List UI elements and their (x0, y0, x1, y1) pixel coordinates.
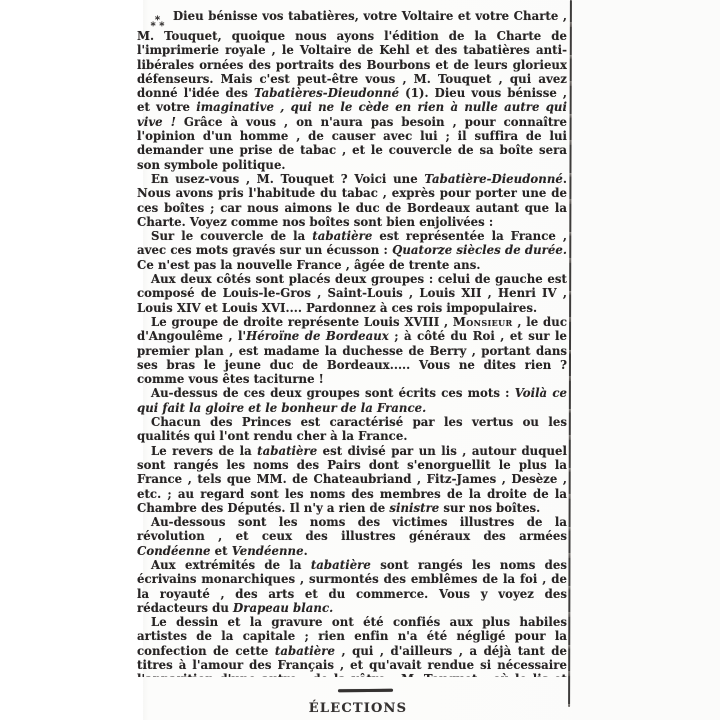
text-segment: Aux extrémités de la (151, 558, 311, 572)
article-paragraph: Le groupe de droite représente Louis XVI… (137, 315, 567, 386)
text-segment: Quatorze siècles de durée. (392, 243, 567, 257)
article-paragraph: Au-dessus de ces deux groupes sont écrit… (137, 386, 567, 415)
text-segment: et (211, 544, 232, 558)
text-segment: tabatière (311, 558, 371, 572)
text-segment: Le revers de la (151, 444, 257, 458)
article-paragraph: Le revers de la tabatière est divisé par… (137, 444, 567, 515)
text-segment: Tabatière-Dieudonné (424, 172, 562, 186)
text-segment: Tabatières-Dieudonné (254, 86, 399, 100)
asterism-icon: ** * (149, 18, 166, 29)
text-segment: Condéenne (137, 544, 211, 558)
article-paragraph: ** *Dieu bénisse vos tabatières, votre V… (137, 9, 567, 172)
text-segment: Au-dessous sont les noms des victimes il… (137, 515, 567, 543)
text-segment: Chacun des Princes est caractérisé par l… (137, 415, 567, 443)
section-heading: ÉLECTIONS (137, 701, 571, 716)
text-segment: . (304, 544, 308, 558)
text-segment: Héroïne de Bordeaux (246, 329, 389, 343)
text-segment: sur nos boîtes. (439, 501, 540, 515)
text-segment: Aux deux côtés sont placés deux groupes … (137, 272, 567, 315)
article-paragraph: Le dessin et la gravure ont été confiés … (137, 615, 567, 677)
article-paragraph: Chacun des Princes est caractérisé par l… (137, 415, 567, 444)
text-segment: Drapeau blanc. (233, 601, 333, 615)
text-segment: tabatière (275, 644, 335, 658)
text-segment: En usez-vous , M. Touquet ? Voici une (151, 172, 424, 186)
text-segment: Sur le couvercle de la (151, 229, 312, 243)
article-paragraph: Sur le couvercle de la tabatière est rep… (137, 229, 567, 272)
article-paragraph: Au-dessous sont les noms des victimes il… (137, 515, 567, 558)
article-paragraph: Aux deux côtés sont placés deux groupes … (137, 272, 567, 315)
text-segment: Vendéenne (232, 544, 304, 558)
text-segment: tabatière (257, 444, 317, 458)
text-segment: sinistre (389, 501, 439, 515)
text-segment: Au-dessus de ces deux groupes sont écrit… (151, 386, 515, 400)
article-paragraph: Aux extrémités de la tabatière sont rang… (137, 558, 567, 615)
article-paragraph: En usez-vous , M. Touquet ? Voici une Ta… (137, 172, 567, 229)
text-segment: Ce n'est pas la nouvelle France , âgée d… (137, 258, 480, 272)
article-column: ** *Dieu bénisse vos tabatières, votre V… (137, 9, 567, 677)
scanned-newspaper-page: ** *Dieu bénisse vos tabatières, votre V… (0, 0, 720, 720)
text-segment: tabatière (312, 229, 372, 243)
text-segment: Grâce à vous , on n'aura pas besoin , po… (137, 115, 567, 172)
text-segment: Monsieur (453, 315, 513, 329)
text-segment: Le groupe de droite représente Louis XVI… (151, 315, 453, 329)
section-divider-rule (338, 689, 393, 692)
